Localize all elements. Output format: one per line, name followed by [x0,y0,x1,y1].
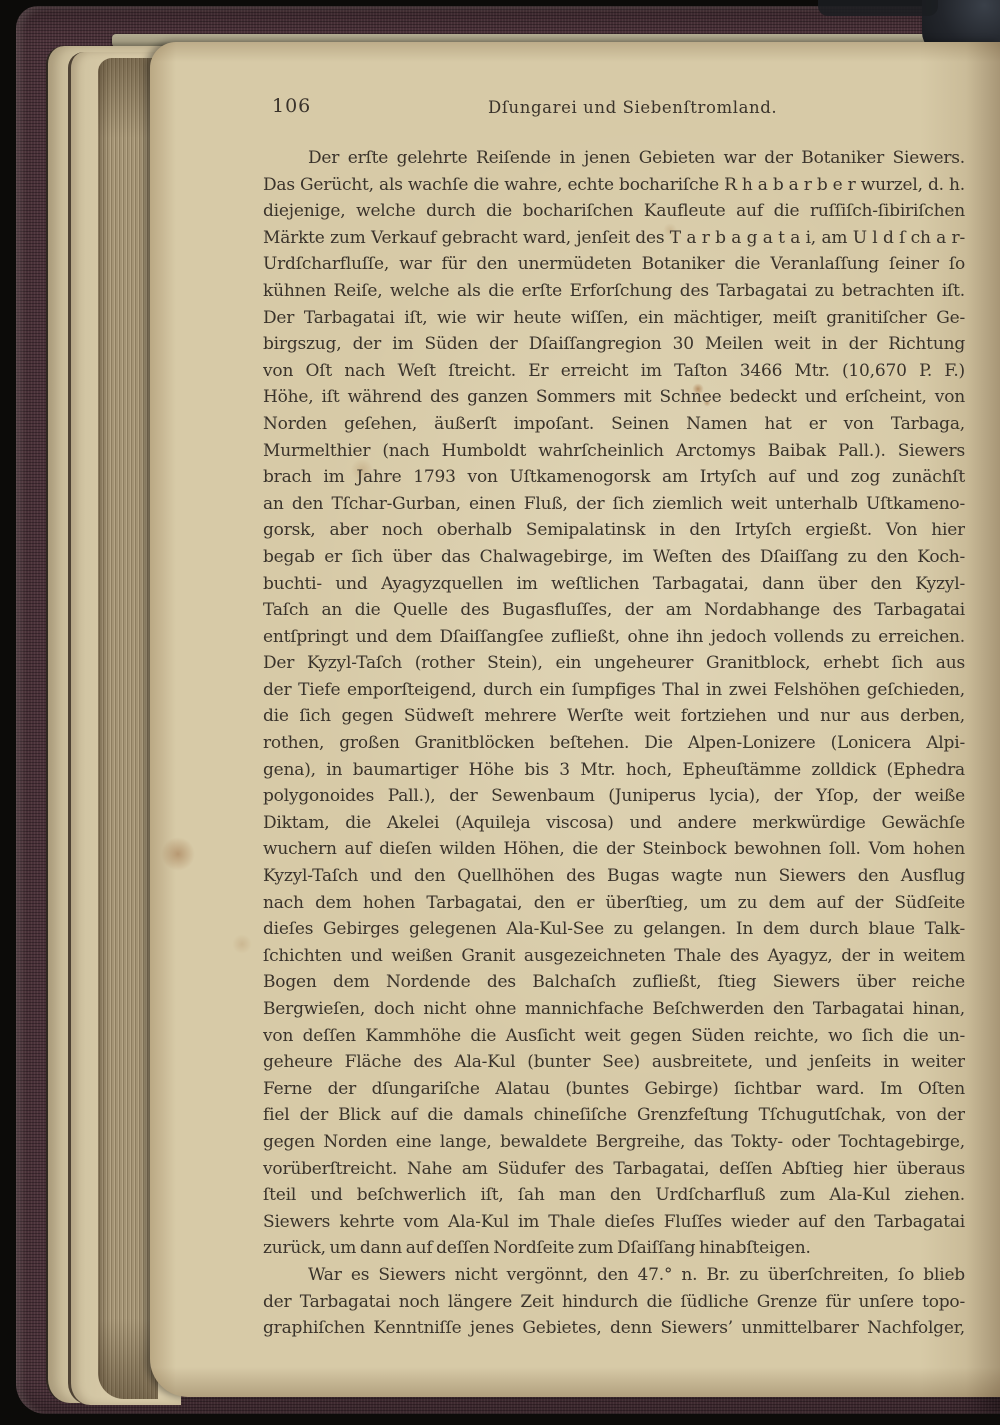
text-line: gena), in baumartiger Höhe bis 3 Mtr. ho… [263,757,965,784]
text-line: von Oſt nach Weſt ſtreicht. Er erreicht … [263,358,965,385]
text-line: entſpringt und dem Dſaiſſangſee zufließt… [263,624,965,651]
text-line: Diktam, die Akelei (Aquileja viscosa) un… [263,810,965,837]
text-line: polygonoides Pall.), der Sewenbaum (Juni… [263,783,965,810]
text-line: Bergwieſen, doch nicht ohne mannichfache… [263,996,965,1023]
text-line: brach im Jahre 1793 von Uſtkamenogorsk a… [263,464,965,491]
top-shadow-strip [818,0,938,16]
text-line: gegen Norden eine lange, bewaldete Bergr… [263,1129,965,1156]
book-page: 106 Dſungarei und Siebenſtromland. Der e… [150,42,1000,1397]
text-line: Das Gerücht, als wachſe die wahre, echte… [263,172,965,199]
text-line: Murmelthier (nach Humboldt wahrſcheinlic… [263,438,965,465]
text-line: Kyzyl-Taſch und den Quellhöhen des Bugas… [263,863,965,890]
text-line: Norden geſehen, äußerſt impoſant. Seinen… [263,411,965,438]
text-line: Der erſte gelehrte Reiſende in jenen Geb… [263,145,965,172]
text-line: der Tarbagatai noch längere Zeit hindurc… [263,1289,965,1316]
text-line: Der Kyzyl-Taſch (rother Stein), ein unge… [263,650,965,677]
fore-edge-page-stack [98,58,158,1399]
photographed-book-scene: { "page": { "number": "106", "running_ti… [0,0,1000,1425]
text-line: Taſch an die Quelle des Bugasfluſſes, de… [263,597,965,624]
text-line: kühnen Reiſe, welche als die erſte Erfor… [263,278,965,305]
text-line: ſteil und beſchwerlich iſt, ſah man den … [263,1182,965,1209]
text-line: diejenige, welche durch die bochariſchen… [263,198,965,225]
text-line: War es Siewers nicht vergönnt, den 47.° … [263,1262,965,1289]
text-line: Urdſcharfluſſe, war für den unermüdeten … [263,251,965,278]
text-line: begab er ſich über das Chalwagebirge, im… [263,544,965,571]
text-line: buchti- und Ayagyzquellen im weſtlichen … [263,571,965,598]
text-line: Ferne der dſungariſche Alatau (buntes Ge… [263,1076,965,1103]
text-line: Märkte zum Verkauf gebracht ward, jenſei… [263,225,965,252]
text-line: der Tiefe emporſteigend, durch ein ſumpf… [263,677,965,704]
page-number: 106 [272,95,311,117]
running-title: Dſungarei und Siebenſtromland. [488,98,777,117]
text-line: Siewers kehrte vom Ala-Kul im Thale dieſ… [263,1209,965,1236]
text-line: die ſich gegen Südweſt mehrere Werſte we… [263,703,965,730]
body-text: Der erſte gelehrte Reiſende in jenen Geb… [263,145,965,1342]
text-line: ſchichten und weißen Granit ausgezeichne… [263,943,965,970]
text-line: nach dem hohen Tarbagatai, den er überſt… [263,890,965,917]
text-line: gorsk, aber noch oberhalb Semipalatinsk … [263,517,965,544]
text-line: vorüberſtreicht. Nahe am Südufer des Tar… [263,1156,965,1183]
text-line: zurück, um dann auf deſſen Nordſeite zum… [263,1235,965,1262]
text-line: Bogen dem Nordende des Balchaſch zufließ… [263,969,965,996]
text-line: Höhe, iſt während des ganzen Sommers mit… [263,384,965,411]
text-line: dieſes Gebirges gelegenen Ala-Kul-See zu… [263,916,965,943]
text-line: von deſſen Kammhöhe die Ausſicht weit ge… [263,1023,965,1050]
text-line: graphiſchen Kenntniſſe jenes Gebietes, d… [263,1315,965,1342]
text-line: geheure Fläche des Ala-Kul (bunter See) … [263,1049,965,1076]
text-line: fiel der Blick auf die damals chineſiſch… [263,1102,965,1129]
text-line: Der Tarbagatai iſt, wie wir heute wiſſen… [263,305,965,332]
text-line: wuchern auf dieſen wilden Höhen, die der… [263,836,965,863]
text-line: an den Tſchar-Gurban, einen Fluß, der ſi… [263,491,965,518]
text-line: birgszug, der im Süden der Dſaiſſangregi… [263,331,965,358]
text-line: rothen, großen Granitblöcken beſtehen. D… [263,730,965,757]
